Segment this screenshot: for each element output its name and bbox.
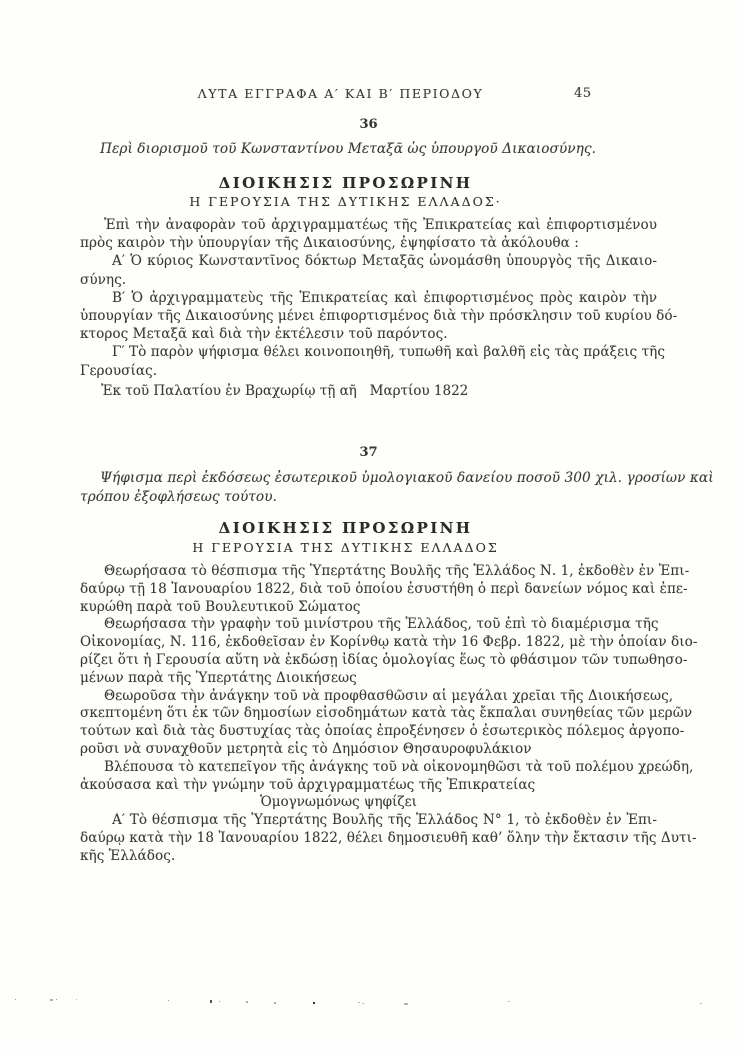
running-head-title: ΛΥΤΑ ΕΓΓΡΑΦΑ Α′ ΚΑΙ Β′ ΠΕΡΙΟΔΟΥ xyxy=(52,86,629,101)
text-column: ΛΥΤΑ ΕΓΓΡΑΦΑ Α′ ΚΑΙ Β′ ΠΕΡΙΟΔΟΥ 45 36 Πε… xyxy=(80,86,657,866)
scanned-book-page: ΛΥΤΑ ΕΓΓΡΑΦΑ Α′ ΚΑΙ Β′ ΠΕΡΙΟΔΟΥ 45 36 Πε… xyxy=(0,0,744,1052)
paragraph: Α′ Ὁ κύριος Κωνσταντῖνος δόκτωρ Μεταξᾶς … xyxy=(80,252,657,288)
section-36: 36 Περὶ διορισμοῦ τοῦ Κωνσταντίνου Μεταξ… xyxy=(80,117,657,400)
section-37-subheading: Η ΓΕΡΟΥΣΙΑ ΤΗΣ ΔΥΤΙΚΗΣ ΕΛΛΑΔΟΣ xyxy=(57,541,634,555)
section-36-heading: ΔΙΟΙΚΗΣΙΣ ΠΡΟΣΩΡΙΝΗ xyxy=(57,175,634,192)
section-36-body: Ἐπὶ τὴν ἀναφορὰν τοῦ ἀρχιγραμματέως τῆς … xyxy=(80,216,657,380)
paragraph: Βλέπουσα τὸ κατεπεῖγον τῆς ἀνάγκης τοῦ ν… xyxy=(80,759,657,795)
paragraph: Γ′ Τὸ παρὸν ψήφισμα θέλει κοινοποιηθῆ, τ… xyxy=(80,343,657,379)
section-36-number: 36 xyxy=(80,117,657,132)
running-head: ΛΥΤΑ ΕΓΓΡΑΦΑ Α′ ΚΑΙ Β′ ΠΕΡΙΟΔΟΥ 45 xyxy=(80,86,657,102)
section-37: 37 Ψήφισμα περὶ ἐκδόσεως ἐσωτερικοῦ ὑμολ… xyxy=(80,445,657,866)
paragraph: Α′ Τὸ θέσπισμα τῆς Ὑπερτάτης Βουλῆς τῆς … xyxy=(80,812,657,865)
section-37-body: Θεωρήσασα τὸ θέσπισμα τῆς Ὑπερτάτης Βουλ… xyxy=(80,563,657,866)
section-37-number: 37 xyxy=(80,445,657,460)
section-36-subheading: Η ΓΕΡΟΥΣΙΑ ΤΗΣ ΔΥΤΙΚΗΣ ΕΛΛΑΔΟΣ· xyxy=(57,195,634,209)
section-37-heading: ΔΙΟΙΚΗΣΙΣ ΠΡΟΣΩΡΙΝΗ xyxy=(57,520,634,537)
paragraph: Β′ Ὁ ἀρχιγραμματεὺς τῆς Ἐπικρατείας καὶ … xyxy=(80,289,657,344)
paragraph: Θεωρήσασα τὴν γραφὴν τοῦ μινίστρου τῆς Ἑ… xyxy=(80,616,657,687)
section-37-abstract: Ψήφισμα περὶ ἐκδόσεως ἐσωτερικοῦ ὑμολογι… xyxy=(80,469,657,507)
paragraph: Ἐπὶ τὴν ἀναφορὰν τοῦ ἀρχιγραμματέως τῆς … xyxy=(80,216,657,252)
paragraph: Θεωροῦσα τὴν ἀνάγκην τοῦ νὰ προφθασθῶσιν… xyxy=(80,688,657,759)
section-36-abstract: Περὶ διορισμοῦ τοῦ Κωνσταντίνου Μεταξᾶ ὡ… xyxy=(80,140,657,159)
dateline: Ἐκ τοῦ Παλατίου ἐν Βραχωρίῳ τῇ αῆ Μαρτίο… xyxy=(80,382,657,400)
page-number: 45 xyxy=(574,86,592,101)
paragraph: Θεωρήσασα τὸ θέσπισμα τῆς Ὑπερτάτης Βουλ… xyxy=(80,563,657,616)
resolution-line: Ὁμογνωμόνως ψηφίζει xyxy=(50,794,627,812)
